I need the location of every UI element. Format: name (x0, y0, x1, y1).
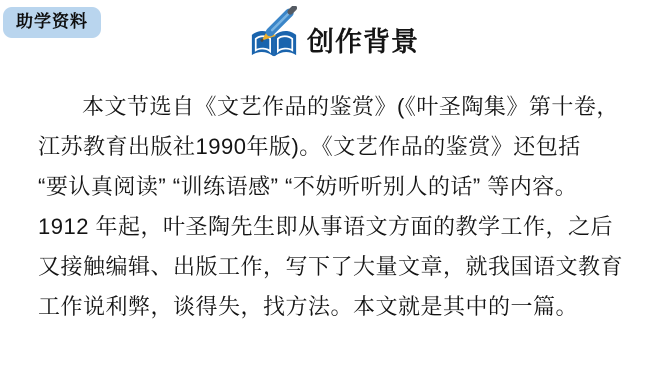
body-text: 本文节选自《文艺作品的鉴赏》(《叶圣陶集》第十卷， 江苏教育出版社1990年版)… (38, 87, 644, 327)
body-line-5: 又接触编辑、出版工作，写下了大量文章，就我国语文教育 (38, 247, 644, 287)
body-line-6: 工作说利弊，谈得失，找方法。本文就是其中的一篇。 (38, 287, 644, 327)
body-line-4: 1912 年起，叶圣陶先生即从事语文方面的教学工作，之后 (38, 207, 644, 247)
body-line-1: 本文节选自《文艺作品的鉴赏》(《叶圣陶集》第十卷， (38, 87, 644, 127)
body-line-3: “要认真阅读” “训练语感” “不妨听听别人的话” 等内容。 (38, 167, 644, 207)
title-row: 创作背景 (0, 6, 668, 60)
book-and-pen-icon (249, 6, 299, 60)
page-title: 创作背景 (307, 26, 419, 58)
slide: 助学资料 创作背景 本文节选自《文艺作品的鉴赏》(《叶圣陶集》第十卷， 江苏教育… (0, 0, 668, 376)
body-line-2: 江苏教育出版社1990年版)。《文艺作品的鉴赏》还包括 (38, 127, 644, 167)
